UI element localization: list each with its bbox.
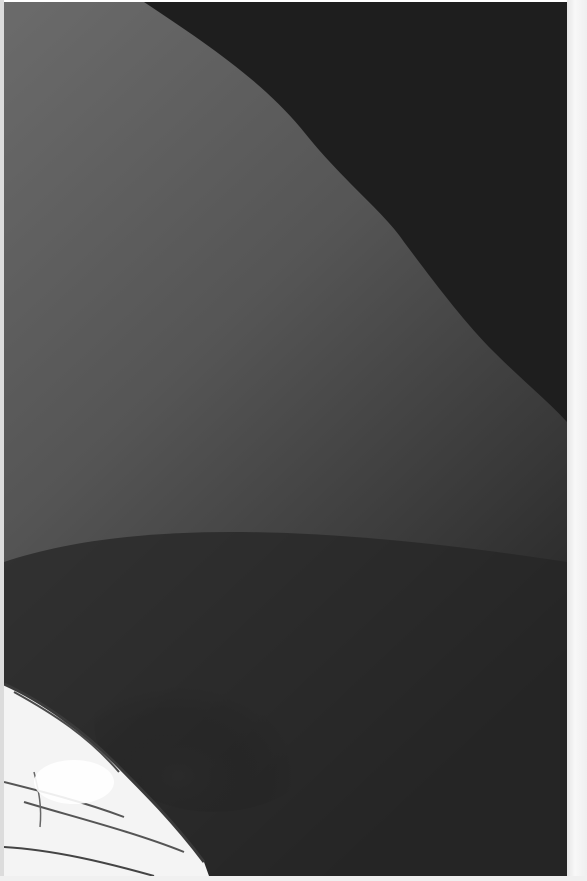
panel-artwork xyxy=(4,2,567,876)
page-right-margin xyxy=(567,0,587,881)
comic-panel xyxy=(4,2,567,876)
page-bottom-margin xyxy=(0,876,587,881)
